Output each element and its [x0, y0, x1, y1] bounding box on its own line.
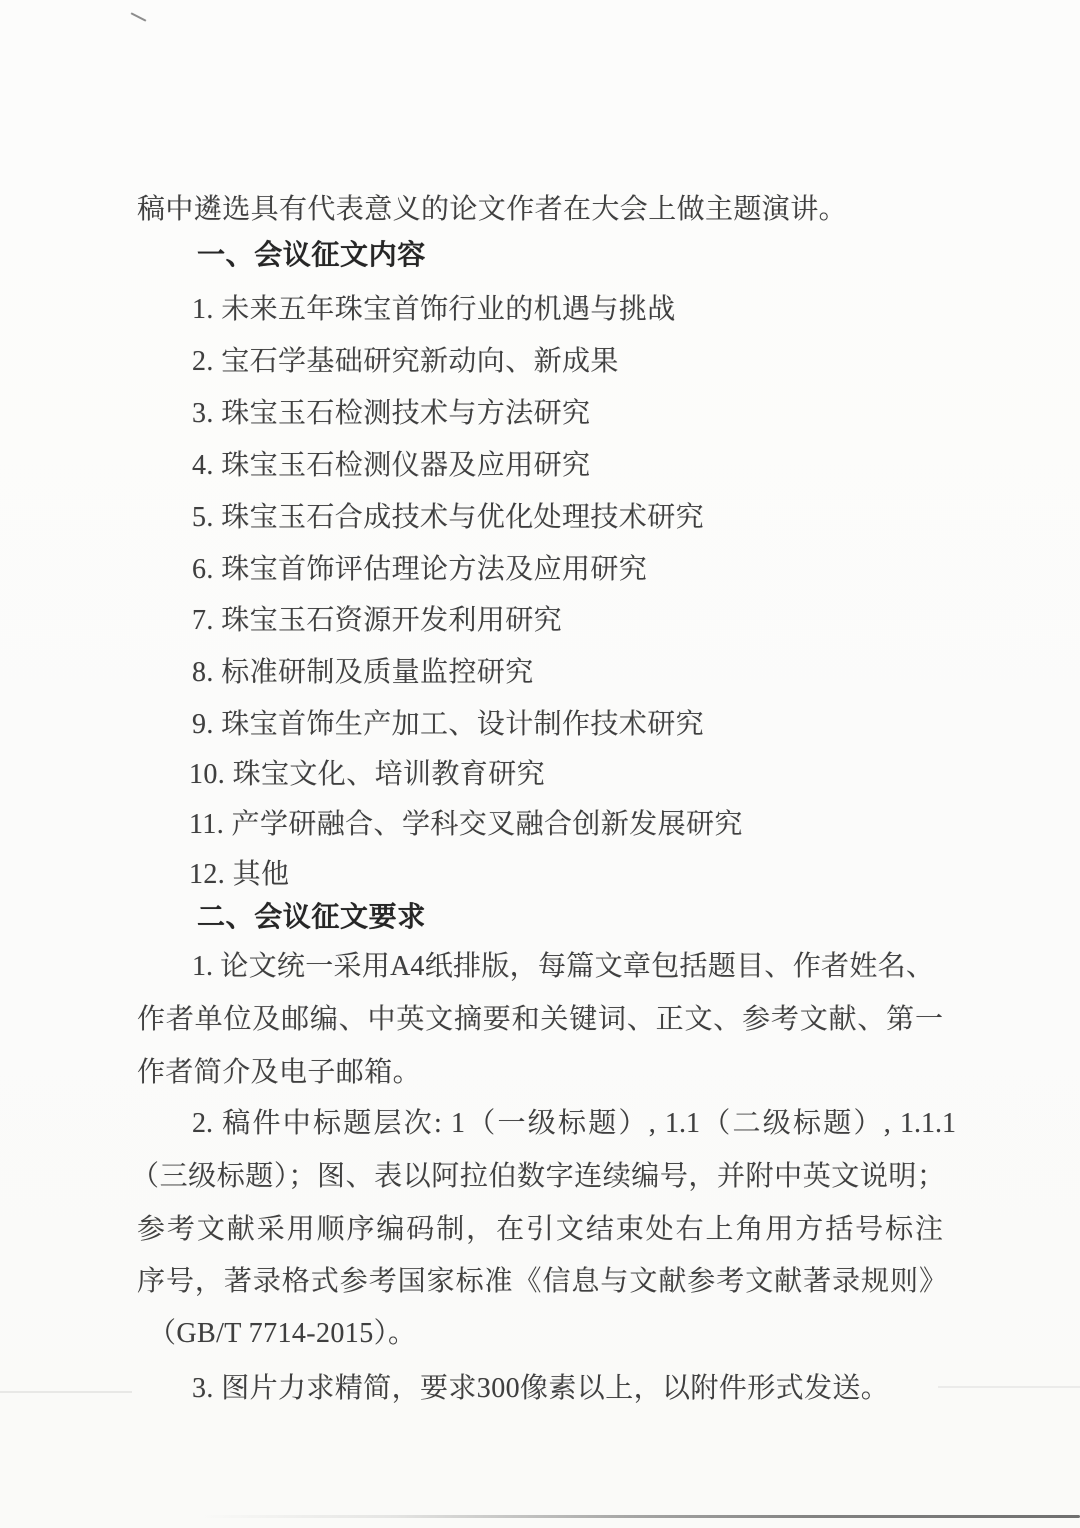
intro-line: 稿中遴选具有代表意义的论文作者在大会上做主题演讲。: [137, 193, 847, 227]
section1-item: 7. 珠宝玉石资源开发利用研究: [192, 604, 562, 638]
section1-item: 3. 珠宝玉石检测技术与方法研究: [192, 397, 590, 431]
section1-item: 12. 其他: [189, 858, 289, 892]
scan-streak-right: [938, 1386, 1080, 1388]
document-page: 稿中遴选具有代表意义的论文作者在大会上做主题演讲。 一、会议征文内容 1. 未来…: [0, 0, 1080, 1528]
section2-line: 作者单位及邮编、中英文摘要和关键词、正文、参考文献、第一: [137, 1003, 943, 1037]
section1-item: 11. 产学研融合、学科交叉融合创新发展研究: [189, 808, 743, 842]
section2-line: 参考文献采用顺序编码制，在引文结束处右上角用方括号标注: [137, 1213, 943, 1247]
scan-streak-left: [0, 1391, 132, 1393]
section1-item: 2. 宝石学基础研究新动向、新成果: [192, 345, 619, 379]
section1-item: 8. 标准研制及质量监控研究: [192, 656, 534, 690]
section1-item: 9. 珠宝首饰生产加工、设计制作技术研究: [192, 708, 704, 742]
section2-line: （三级标题）；图、表以阿拉伯数字连续编号，并附中英文说明；: [131, 1160, 945, 1194]
section2-line: 作者简介及电子邮箱。: [137, 1056, 421, 1090]
section1-item: 4. 珠宝玉石检测仪器及应用研究: [192, 449, 590, 483]
section1-item: 1. 未来五年珠宝首饰行业的机遇与挑战: [192, 293, 676, 327]
section2-line: 2. 稿件中标题层次: 1（一级标题）, 1.1（二级标题）, 1.1.1: [192, 1107, 956, 1141]
scan-speck: [130, 12, 146, 21]
section2-line: 1. 论文统一采用A4纸排版，每篇文章包括题目、作者姓名、: [192, 950, 934, 984]
section1-item: 10. 珠宝文化、培训教育研究: [189, 758, 545, 792]
section2-line: 3. 图片力求精简，要求300像素以上，以附件形式发送。: [192, 1372, 889, 1406]
section2-line: 序号，著录格式参考国家标准《信息与文献参考文献著录规则》: [137, 1265, 947, 1299]
section2-line: （GB/T 7714-2015）。: [148, 1317, 416, 1351]
section1-heading: 一、会议征文内容: [197, 238, 426, 272]
section1-item: 6. 珠宝首饰评估理论方法及应用研究: [192, 553, 647, 587]
section1-item: 5. 珠宝玉石合成技术与优化处理技术研究: [192, 501, 704, 535]
page-edge-shadow-line: [200, 1515, 1080, 1518]
section2-heading: 二、会议征文要求: [197, 900, 426, 934]
